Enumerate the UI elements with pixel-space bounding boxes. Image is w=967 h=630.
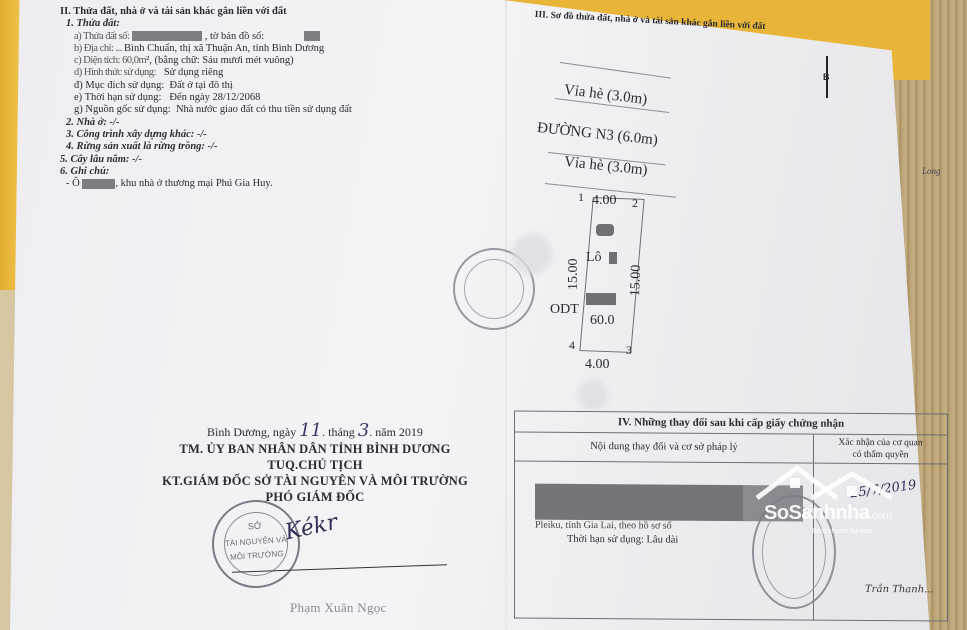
other-construction-item: 3. Công trình xây dựng khác: -/- bbox=[60, 129, 480, 141]
plot-number-label: a) Thửa đất số: bbox=[74, 31, 129, 42]
corner-2: 2 bbox=[632, 196, 638, 211]
corner-3: 3 bbox=[626, 343, 632, 358]
house-item: 2. Nhà ở: -/- bbox=[60, 117, 480, 129]
redacted-house-number bbox=[596, 224, 614, 236]
note-row: - Ô , khu nhà ở thương mại Phú Gia Huy. bbox=[60, 178, 480, 190]
section2-heading: II. Thửa đất, nhà ở và tài sản khác gắn … bbox=[60, 6, 480, 18]
corner-1: 1 bbox=[578, 190, 584, 205]
issue-month: 3 bbox=[358, 420, 369, 441]
address-value: Bình Chuẩn, thị xã Thuận An, tỉnh Bình D… bbox=[124, 43, 324, 54]
lot-label: Lô bbox=[586, 250, 602, 266]
land-plot-subheading: 1. Thửa đất: bbox=[60, 18, 480, 30]
watermark-brand-text: SoSanhnha bbox=[764, 502, 870, 524]
north-label: B bbox=[823, 72, 830, 82]
usage-form-value: Sử dụng riêng bbox=[164, 67, 223, 78]
origin-label: g) Nguồn gốc sử dụng: bbox=[74, 104, 171, 115]
issue-day: 11 bbox=[299, 420, 322, 441]
purpose-label: đ) Mục đích sử dụng: bbox=[74, 80, 164, 91]
notes-heading: 6. Ghi chú: bbox=[60, 166, 480, 178]
note-suffix: , khu nhà ở thương mại Phú Gia Huy. bbox=[115, 178, 272, 189]
margin-note: Long bbox=[922, 166, 941, 176]
signature-block: Bình Dương, ngày 11. tháng 3. năm 2019 T… bbox=[160, 420, 470, 505]
col2-line1: Xác nhận của cơ quan bbox=[814, 437, 947, 450]
term-value: Đến ngày 28/12/2068 bbox=[169, 92, 260, 103]
issue-date: Bình Dương, ngày 11. tháng 3. năm 2019 bbox=[160, 420, 470, 441]
plot-number-row: a) Thửa đất số: , tờ bản đồ số: bbox=[60, 31, 480, 43]
perennial-trees-item: 5. Cây lâu năm: -/- bbox=[60, 154, 480, 166]
usage-form-row: d) Hình thức sử dụng: Sử dụng riêng bbox=[60, 67, 480, 79]
plot-area: 60.0 bbox=[590, 313, 615, 329]
change-location-text: Pleiku, tỉnh Gia Lai, theo hồ sơ số bbox=[535, 520, 672, 532]
area-value: ², (bằng chữ: Sáu mươi mét vuông) bbox=[146, 55, 294, 66]
signer-name: Phạm Xuân Ngọc bbox=[290, 600, 387, 616]
redacted-plot-code bbox=[586, 293, 616, 305]
authority-line2: TUQ.CHỦ TỊCH bbox=[160, 457, 470, 473]
change-term-text: Thời hạn sử dụng: Lâu dài bbox=[567, 534, 678, 546]
authority-line4: PHÓ GIÁM ĐỐC bbox=[160, 489, 470, 505]
officer-signature: Trần Thanh... bbox=[865, 584, 934, 595]
redacted-plot-number bbox=[132, 31, 202, 41]
left-length: 15.00 bbox=[566, 259, 582, 291]
area-label: c) Diện tích: 60,0m bbox=[74, 55, 146, 66]
term-row: e) Thời hạn sử dụng: Đến ngày 28/12/2068 bbox=[60, 92, 480, 104]
redacted-lot-number bbox=[609, 252, 617, 264]
date-prefix: Bình Dương, ngày bbox=[207, 425, 296, 439]
production-forest-item: 4. Rừng sản xuất là rừng trồng: -/- bbox=[60, 141, 480, 153]
photo-glare bbox=[512, 234, 552, 274]
right-length: 15.00 bbox=[628, 265, 645, 297]
corner-4: 4 bbox=[569, 338, 575, 353]
note-prefix: - Ô bbox=[66, 178, 80, 189]
sosanhnha-watermark: SoSanhnha.com Best choice for you bbox=[752, 460, 897, 540]
section-land-details: II. Thửa đất, nhà ở và tài sản khác gắn … bbox=[60, 6, 480, 190]
authority-line1: TM. ỦY BAN NHÂN DÂN TỈNH BÌNH DƯƠNG bbox=[160, 441, 470, 457]
land-type-code: ODT bbox=[550, 302, 579, 318]
redacted-change-content bbox=[535, 484, 745, 521]
col-change-content: Nội dung thay đổi và cơ sở pháp lý bbox=[515, 432, 813, 462]
term-label: e) Thời hạn sử dụng: bbox=[74, 92, 161, 103]
watermark-domain: .com bbox=[870, 510, 892, 522]
top-width: 4.00 bbox=[592, 193, 617, 209]
usage-form-label: d) Hình thức sử dụng: bbox=[74, 67, 156, 78]
map-sheet-label: , tờ bản đồ số: bbox=[205, 31, 265, 42]
month-label: tháng bbox=[328, 425, 355, 439]
bottom-width: 4.00 bbox=[585, 357, 610, 373]
issue-year: năm 2019 bbox=[375, 425, 423, 439]
origin-value: Nhà nước giao đất có thu tiền sử dụng đấ… bbox=[176, 104, 352, 115]
watermark-tagline: Best choice for you bbox=[812, 528, 872, 535]
address-row: b) Địa chỉ: ... Bình Chuẩn, thị xã Thuận… bbox=[60, 43, 480, 55]
purpose-row: đ) Mục đích sử dụng: Đất ở tại đô thị bbox=[60, 80, 480, 92]
section4-heading: IV. Những thay đổi sau khi cấp giấy chứn… bbox=[515, 411, 947, 435]
address-label: b) Địa chỉ: ... bbox=[74, 43, 124, 54]
redacted-map-sheet bbox=[304, 31, 320, 41]
origin-row: g) Nguồn gốc sử dụng: Nhà nước giao đất … bbox=[60, 104, 480, 116]
purpose-value: Đất ở tại đô thị bbox=[170, 80, 233, 91]
authority-line3: KT.GIÁM ĐỐC SỞ TÀI NGUYÊN VÀ MÔI TRƯỜNG bbox=[160, 473, 470, 489]
watermark-brand: SoSanhnha.com bbox=[764, 502, 891, 525]
photo-glare bbox=[578, 380, 608, 410]
redacted-lot-id bbox=[82, 179, 115, 189]
area-row: c) Diện tích: 60,0m², (bằng chữ: Sáu mươ… bbox=[60, 55, 480, 67]
